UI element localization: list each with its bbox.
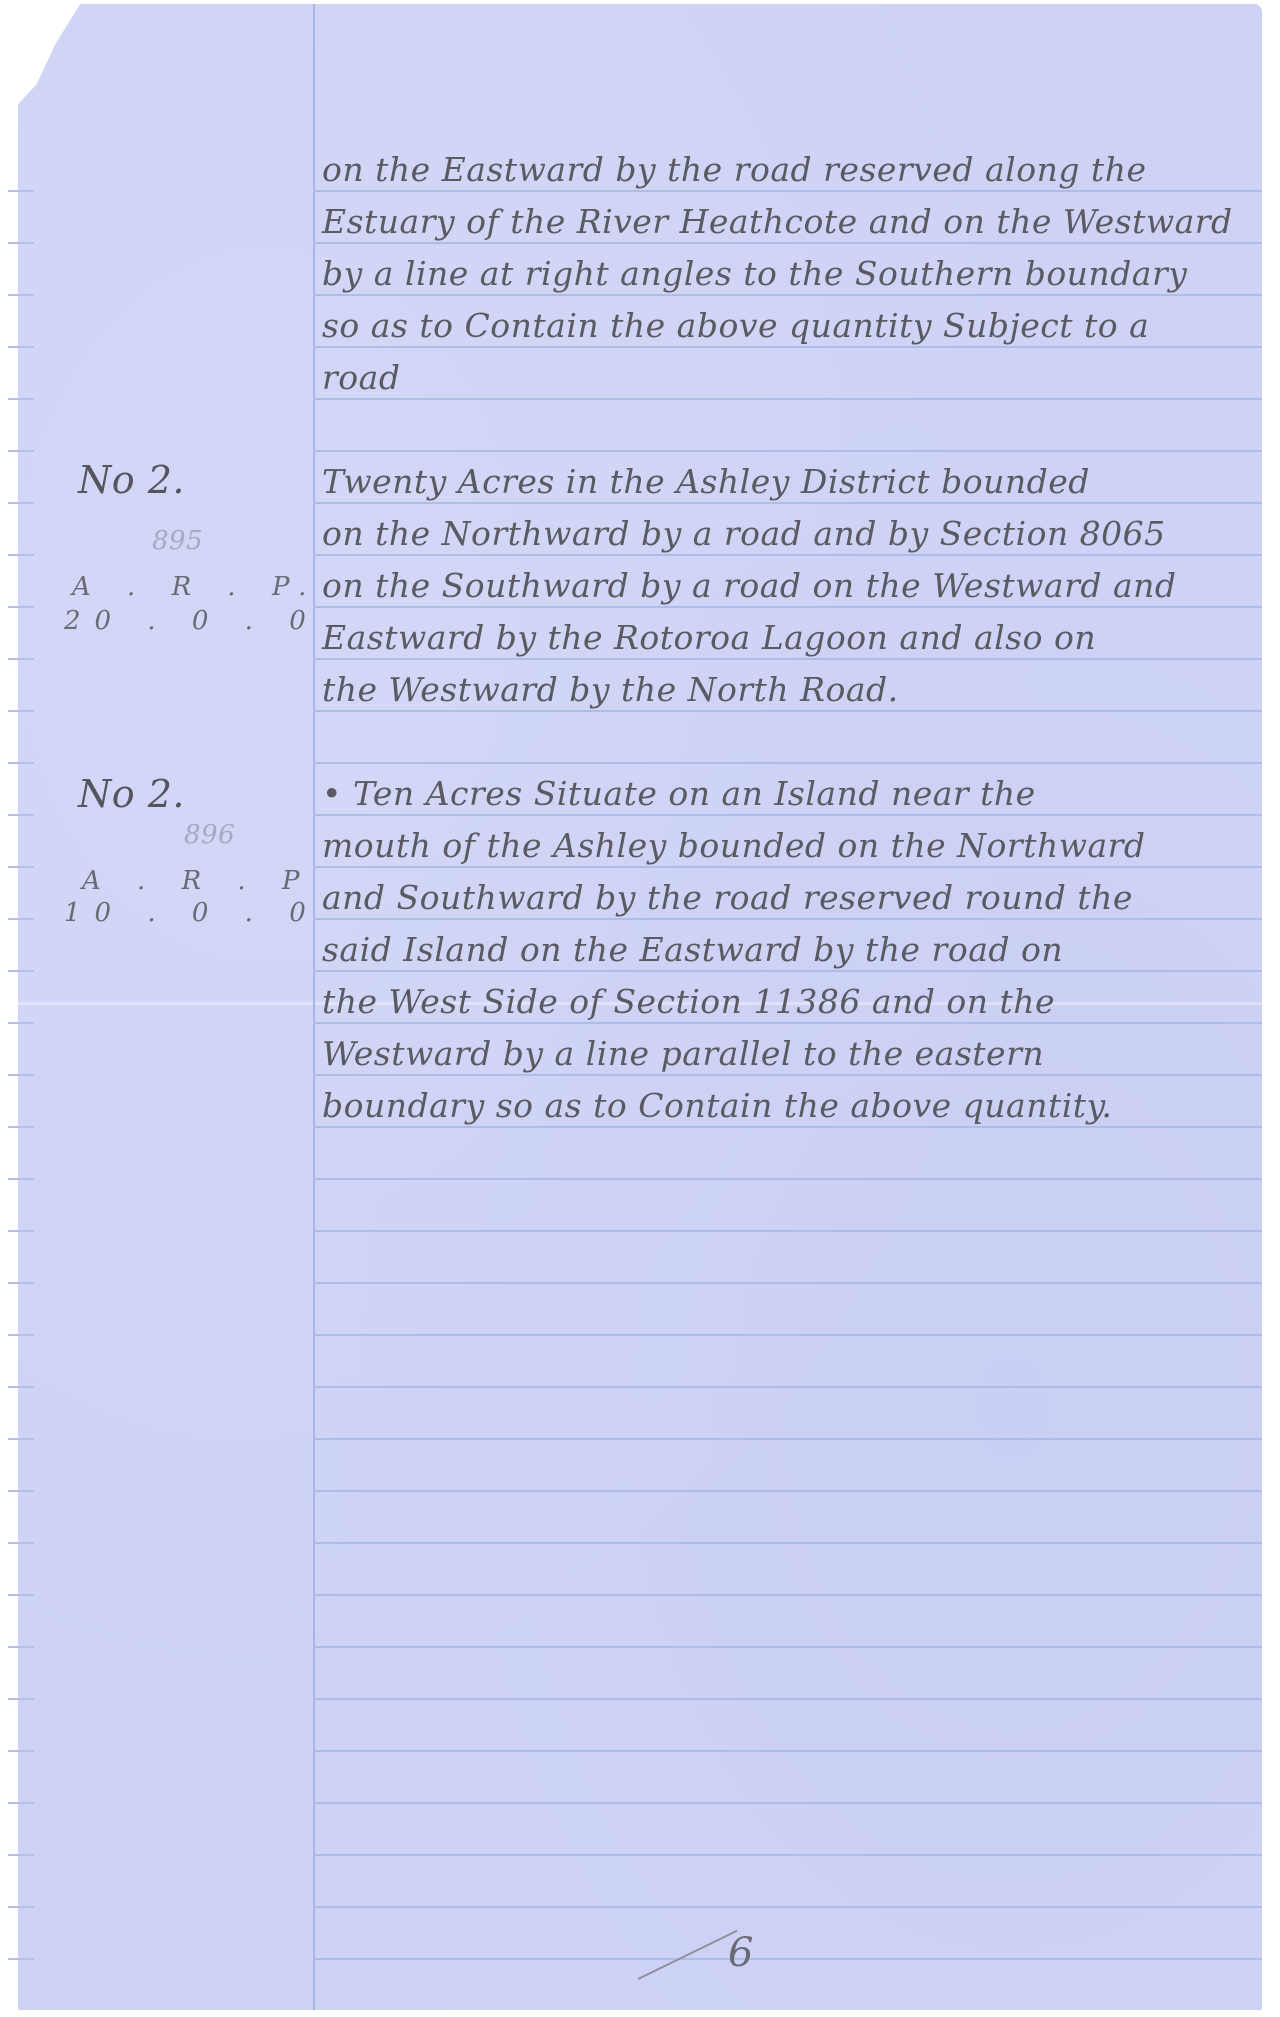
ruled-line: [313, 918, 1262, 920]
margin-tick: [8, 1958, 34, 1960]
margin-tick: [8, 762, 34, 764]
pencil-reference-number: 895: [152, 526, 203, 556]
margin-tick: [8, 1646, 34, 1648]
ruled-line: [313, 762, 1262, 764]
ruled-line: [313, 242, 1262, 244]
text-line: said Island on the Eastward by the road …: [322, 930, 1063, 969]
margin-tick: [8, 554, 34, 556]
ruled-line: [313, 1490, 1262, 1492]
margin-tick: [8, 970, 34, 972]
margin-tick: [8, 1594, 34, 1596]
text-line: Estuary of the River Heathcote and on th…: [322, 202, 1233, 241]
margin-tick: [8, 866, 34, 868]
margin-tick: [8, 242, 34, 244]
margin-tick: [8, 346, 34, 348]
margin-tick: [8, 1854, 34, 1856]
margin-tick: [8, 1282, 34, 1284]
margin-rule: [313, 4, 315, 2010]
text-line: by a line at right angles to the Souther…: [322, 254, 1187, 293]
ruled-line: [313, 1906, 1262, 1908]
margin-tick: [8, 814, 34, 816]
ruled-line: [313, 1126, 1262, 1128]
ruled-line: [313, 1282, 1262, 1284]
margin-tick: [8, 1542, 34, 1544]
text-line: the Westward by the North Road.: [322, 670, 899, 709]
ruled-line: [313, 1230, 1262, 1232]
ruled-line: [313, 1386, 1262, 1388]
margin-tick: [8, 1230, 34, 1232]
margin-tick: [8, 1126, 34, 1128]
ruled-line: [313, 1074, 1262, 1076]
margin-tick: [8, 606, 34, 608]
margin-tick: [8, 1386, 34, 1388]
margin-tick: [8, 1438, 34, 1440]
ruled-line: [313, 1698, 1262, 1700]
ruled-line: [313, 1178, 1262, 1180]
entry-number: No 2.: [78, 458, 185, 502]
ruled-line: [313, 190, 1262, 192]
text-line: Eastward by the Rotoroa Lagoon and also …: [322, 618, 1096, 657]
text-line: on the Northward by a road and by Sectio…: [322, 514, 1166, 553]
ruled-line: [313, 1334, 1262, 1336]
margin-tick: [8, 1074, 34, 1076]
page-mark: 6: [728, 1930, 754, 1976]
margin-tick: [8, 918, 34, 920]
margin-tick: [8, 398, 34, 400]
ruled-line: [313, 970, 1262, 972]
margin-tick: [8, 710, 34, 712]
pencil-reference-number: 896: [184, 820, 235, 850]
ruled-line: [313, 1802, 1262, 1804]
entry-number: No 2.: [78, 772, 185, 816]
ruled-line: [313, 450, 1262, 452]
ruled-line: [313, 866, 1262, 868]
text-line: Westward by a line parallel to the easte…: [322, 1034, 1044, 1073]
margin-tick: [8, 1906, 34, 1908]
area-header: A . R . P.: [72, 572, 320, 602]
margin-tick: [8, 1022, 34, 1024]
text-line: on the Eastward by the road reserved alo…: [322, 150, 1146, 189]
text-line: road: [322, 358, 400, 397]
area-values: 20 . 0 . 0: [64, 606, 320, 636]
margin-tick: [8, 502, 34, 504]
text-line: on the Southward by a road on the Westwa…: [322, 566, 1177, 605]
ruled-line: [313, 398, 1262, 400]
ruled-line: [313, 1594, 1262, 1596]
ruled-line: [313, 1022, 1262, 1024]
ruled-line: [313, 814, 1262, 816]
ruled-line: [313, 294, 1262, 296]
ruled-line: [313, 1438, 1262, 1440]
ruled-line: [313, 554, 1262, 556]
margin-tick: [8, 1490, 34, 1492]
ruled-line: [313, 346, 1262, 348]
text-line: • Ten Acres Situate on an Island near th…: [322, 774, 1036, 813]
margin-tick: [8, 1750, 34, 1752]
ruled-line: [313, 502, 1262, 504]
ruled-line: [313, 1750, 1262, 1752]
margin-tick: [8, 190, 34, 192]
text-line: and Southward by the road reserved round…: [322, 878, 1133, 917]
margin-tick: [8, 1802, 34, 1804]
ruled-line: [313, 1958, 1262, 1960]
ruled-line: [313, 710, 1262, 712]
area-header: A . R . P: [82, 866, 313, 896]
margin-tick: [8, 294, 34, 296]
margin-tick: [8, 1698, 34, 1700]
margin-tick: [8, 658, 34, 660]
ruled-line: [313, 658, 1262, 660]
text-line: Twenty Acres in the Ashley District boun…: [322, 462, 1090, 501]
text-line: boundary so as to Contain the above quan…: [322, 1086, 1112, 1125]
margin-tick: [8, 450, 34, 452]
area-values: 10 . 0 . 0: [64, 898, 320, 928]
ruled-line: [313, 1646, 1262, 1648]
margin-tick: [8, 1178, 34, 1180]
ruled-line: [313, 606, 1262, 608]
margin-tick: [8, 1334, 34, 1336]
ruled-line: [313, 1854, 1262, 1856]
text-line: mouth of the Ashley bounded on the North…: [322, 826, 1146, 865]
ruled-line: [313, 1542, 1262, 1544]
text-line: so as to Contain the above quantity Subj…: [322, 306, 1149, 345]
text-line: the West Side of Section 11386 and on th…: [322, 982, 1055, 1021]
